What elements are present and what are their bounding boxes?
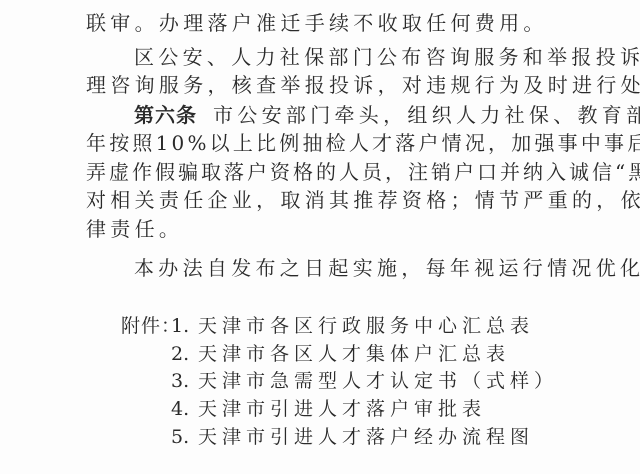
paragraph-line: 弄虚作假骗取落户资格的人员，注销户口并纳入诚信“黑名单”； xyxy=(86,158,556,186)
attachment-title: 天津市各区人才集体户汇总表 xyxy=(198,340,510,368)
paragraph-line: 年按照10%以上比例抽检人才落户情况，加强事中事后监管。对 xyxy=(86,129,556,157)
article-heading: 第六条 xyxy=(134,103,197,127)
paragraph-line: 理咨询服务，核查举报投诉，对违规行为及时进行处置。 xyxy=(86,71,556,99)
paragraph-line: 本办法自发布之日起实施，每年视运行情况优化完善。 xyxy=(134,254,556,282)
attachment-number: 5. xyxy=(171,423,189,451)
attachment-number: 1. xyxy=(171,312,189,340)
paragraph-line: 区公安、人力社保部门公布咨询服务和举报投诉电话，受 xyxy=(134,43,556,71)
attachment-number: 2. xyxy=(171,340,189,368)
attachment-title: 天津市各区行政服务中心汇总表 xyxy=(198,312,534,340)
document-page: 联审。办理落户准迁手续不收取任何费用。 区公安、人力社保部门公布咨询服务和举报投… xyxy=(0,0,640,474)
attachment-title: 天津市引进人才落户经办流程图 xyxy=(198,423,534,451)
attachment-title: 天津市急需型人才认定书（式样） xyxy=(198,367,558,395)
article-text: 市公安部门牵头，组织人力社保、教育部门，每 xyxy=(213,103,640,127)
paragraph-line: 联审。办理落户准迁手续不收取任何费用。 xyxy=(86,9,556,37)
article-line: 第六条市公安部门牵头，组织人力社保、教育部门，每 xyxy=(134,101,556,129)
attachment-number: 3. xyxy=(171,367,189,395)
paragraph-line: 律责任。 xyxy=(86,215,556,243)
attachment-title: 天津市引进人才落户审批表 xyxy=(198,395,486,423)
attachment-number: 4. xyxy=(171,395,189,423)
paragraph-line: 对相关责任企业，取消其推荐资格；情节严重的，依法追究法 xyxy=(86,186,556,214)
